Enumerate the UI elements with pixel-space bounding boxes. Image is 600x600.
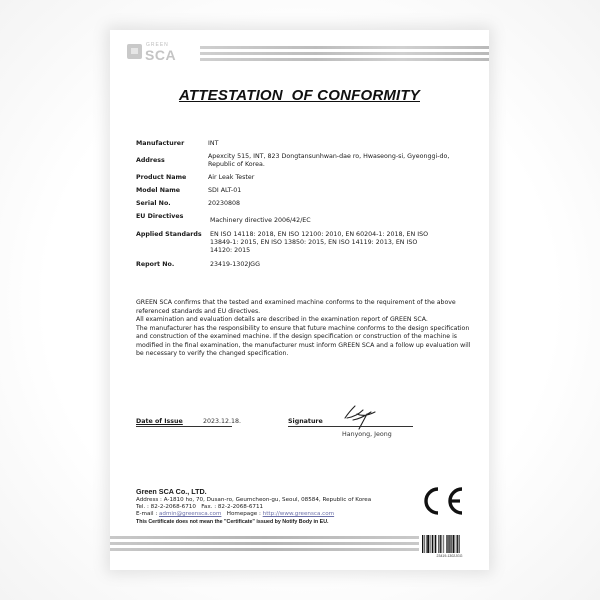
background: GREEN SCA ATTESTATION OF CONFORMITY Manu… [0,0,600,600]
date-underline [136,426,232,427]
field-value: EN ISO 14118: 2018, EN ISO 12100: 2010, … [210,231,440,255]
email-link[interactable]: admin@greensca.com [159,511,221,517]
footer-stripe [110,548,419,551]
green-sca-logo: GREEN SCA [125,41,195,63]
disclaimer-text: This Certificate does not mean the "Cert… [136,519,386,526]
field-label: Report No. [136,261,208,269]
field-label: Address [136,157,208,165]
field-label: Manufacturer [136,140,208,148]
field-label: EU Directives [136,213,208,221]
issuer-footer: Green SCA Co., LTD. Address : A-1810 ho,… [136,487,386,526]
barcode-icon [422,535,477,553]
email-label: E-mail : [136,511,159,517]
field-value: Apexcity 515, INT, 823 Dongtansunhwan-da… [208,153,473,169]
date-of-issue-label: Date of Issue [136,418,183,425]
header-stripe [200,52,489,55]
conformity-statement: GREEN SCA confirms that the tested and e… [136,299,476,359]
document-title: ATTESTATION OF CONFORMITY [110,87,489,104]
field-value: Air Leak Tester [208,174,473,182]
field-value: 23419-1302JGG [210,261,475,269]
issue-signature-block: Date of Issue 2023.12.18. Signature Hany… [136,410,476,450]
header-stripe [200,46,489,49]
field-label: Applied Standards [136,231,208,239]
field-value: 20230808 [208,200,473,208]
footer-stripe [110,536,419,539]
field-label: Model Name [136,187,208,195]
homepage-link[interactable]: http://www.greensca.com [263,511,334,517]
company-name: Green SCA Co., LTD. [136,487,386,497]
handwritten-signature-icon [341,402,381,430]
barcode-number: 23419-1302JGG [422,554,477,558]
field-value: Machinery directive 2006/42/EC [210,217,475,225]
logo-icon [127,44,142,59]
field-label: Product Name [136,174,208,182]
ce-mark-icon [419,486,464,516]
signature-label: Signature [288,418,323,425]
certificate-page: GREEN SCA ATTESTATION OF CONFORMITY Manu… [110,30,489,570]
date-of-issue-value: 2023.12.18. [203,418,241,425]
company-contact: E-mail : admin@greensca.com Homepage : h… [136,511,386,518]
company-address: Address : A-1810 ho, 70, Dusan-ro, Geumc… [136,497,386,504]
homepage-label: Homepage : [221,511,262,517]
field-value: SDI ALT-01 [208,187,473,195]
company-tel-fax: Tel. : 82-2-2068-6710 Fax. : 82-2-2068-6… [136,504,386,511]
signer-name: Hanyong, Jeong [342,431,392,438]
statement-line: The manufacturer has the responsibility … [136,325,476,359]
field-value: INT [208,140,473,148]
footer-stripe [110,542,419,545]
statement-line: All examination and evaluation details a… [136,316,476,325]
logo-word-sca: SCA [145,47,176,63]
field-label: Serial No. [136,200,208,208]
header-stripe [200,58,489,61]
statement-line: GREEN SCA confirms that the tested and e… [136,299,476,316]
